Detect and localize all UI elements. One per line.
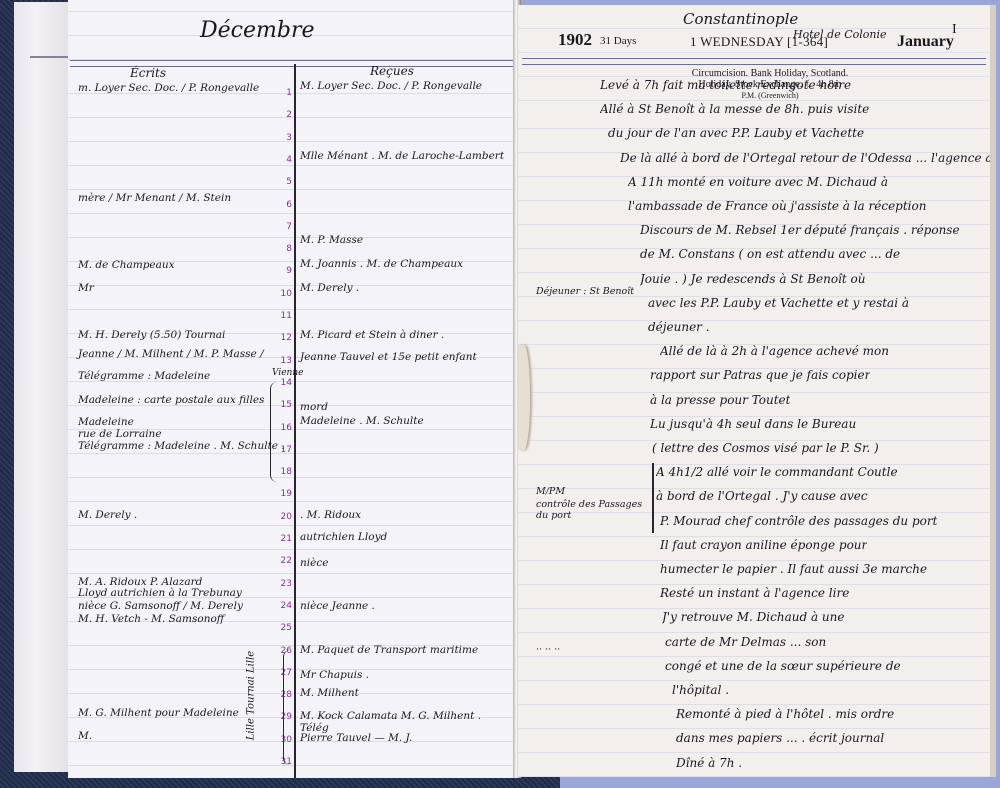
torn-edge (518, 345, 530, 450)
margin-note: contrôle des Passages (536, 499, 642, 510)
diary-line: Discours de M. Rebsel 1er député françai… (640, 223, 960, 237)
day-number: 12 (280, 333, 292, 343)
received-entry: mord (300, 401, 328, 413)
column-divider (294, 64, 296, 778)
day-number: 24 (280, 601, 292, 611)
received-entry: nièce Jeanne . (300, 600, 375, 612)
received-entry: M. Picard et Stein à diner . (300, 329, 444, 341)
diary-line: carte de Mr Delmas ... son (665, 635, 826, 649)
sent-entry: M. (78, 730, 92, 742)
sent-column-header: Écrits (130, 66, 166, 80)
received-entry: . M. Ridoux (300, 509, 361, 521)
received-column-header: Reçues (370, 64, 414, 78)
diary-line: Dîné à 7h . (676, 756, 742, 770)
received-entry: M. Joannis . M. de Champeaux (300, 258, 463, 270)
diary-line: à bord de l'Ortegal . J'y cause avec (656, 489, 868, 503)
received-entry: Mr Chapuis . (300, 669, 369, 681)
sent-entry: rue de Lorraine (78, 428, 162, 440)
sent-entry: nièce G. Samsonoff / M. Derely (78, 600, 243, 612)
diary-line: de M. Constans ( on est attendu avec ...… (640, 247, 900, 261)
sent-entry: Madeleine : carte postale aux filles (78, 394, 264, 406)
diary-line: ( lettre des Cosmos visé par le P. Sr. ) (652, 441, 879, 455)
day-heading: 1 WEDNESDAY [1-364] (690, 34, 828, 50)
diary-line: Allé de là à 2h à l'agence achevé mon (660, 344, 889, 358)
day-number: 7 (280, 222, 292, 232)
diary-line: à la presse pour Toutet (650, 393, 790, 407)
received-entry: Madeleine . M. Schulte (300, 415, 424, 427)
day-number: 14 (280, 378, 292, 388)
day-number: 8 (280, 244, 292, 254)
sent-entry: Télégramme : Madeleine (78, 370, 210, 382)
received-entry: M. Kock Calamata M. G. Milhent . (300, 710, 481, 722)
received-entry: M. P. Masse (300, 234, 363, 246)
diary-line: J'y retrouve M. Dichaud à une (662, 610, 844, 624)
sent-entry: mère / Mr Menant / M. Stein (78, 192, 231, 204)
day-number: 16 (280, 423, 292, 433)
day-number: 25 (280, 623, 292, 633)
diary-line: déjeuner . (648, 320, 710, 334)
diary-line: Lu jusqu'à 4h seul dans le Bureau (650, 417, 856, 431)
sent-entry: Télégramme : Madeleine . M. Schulte . (78, 440, 285, 452)
margin-note: ·· ·· ·· (536, 644, 560, 655)
bracket (270, 382, 277, 482)
diary-line: Resté un instant à l'agence lire (660, 586, 849, 600)
diary-line: A 11h monté en voiture avec M. Dichaud à (628, 175, 888, 189)
day-number: 23 (280, 579, 292, 589)
diary-line: l'hôpital . (672, 683, 729, 697)
year: 1902 (558, 30, 592, 50)
day-number: 4 (280, 155, 292, 165)
sent-entry: M. G. Milhent pour Madeleine (78, 707, 239, 719)
diary-line: Levé à 7h fait ma toilette redingote noi… (600, 78, 851, 92)
sent-entry: M. Derely . (78, 509, 137, 521)
day-number: 21 (280, 534, 292, 544)
received-entry: M. Loyer Sec. Doc. / P. Rongevalle (300, 80, 482, 92)
day-number: 18 (280, 467, 292, 477)
received-entry: nièce (300, 557, 328, 569)
left-page (68, 0, 516, 778)
day-number: 20 (280, 512, 292, 522)
month-label: January (897, 33, 954, 51)
diary-line: De là allé à bord de l'Ortegal retour de… (620, 151, 990, 165)
page-stack-edge (14, 2, 71, 772)
day-number: 3 (280, 133, 292, 143)
received-entry: Mlle Ménant . M. de Laroche-Lambert (300, 150, 504, 162)
day-number: 19 (280, 489, 292, 499)
diary-line: Il faut crayon aniline éponge pour (660, 538, 867, 552)
diary-line: congé et une de la sœur supérieure de (665, 659, 901, 673)
diary-line: humecter le papier . Il faut aussi 3e ma… (660, 562, 927, 576)
day-number: 9 (280, 266, 292, 276)
diary-line: avec les P.P. Lauby et Vachette et y res… (648, 296, 909, 310)
received-entry: M. Milhent (300, 687, 359, 699)
diary-line: rapport sur Patras que je fais copier (650, 368, 870, 382)
diary-line: du jour de l'an avec P.P. Lauby et Vache… (608, 126, 864, 140)
day-number: 15 (280, 400, 292, 410)
day-number: 11 (280, 311, 292, 321)
diary-line: Jouie . ) Je redescends à St Benoît où (640, 272, 865, 286)
diary-line: Remonté à pied à l'hôtel . mis ordre (676, 707, 894, 721)
diary-line: P. Mourad chef contrôle des passages du … (660, 514, 937, 528)
margin-label-lille: Lille Tournai Lille (246, 641, 257, 751)
received-entry: Jeanne Tauvel et 15e petit enfant (300, 351, 477, 363)
margin-label-vienne: Vienne (272, 368, 303, 378)
sent-entry: m. Loyer Sec. Doc. / P. Rongevalle (78, 82, 259, 94)
margin-note: Déjeuner : St Benoît (536, 286, 634, 297)
day-number: 2 (280, 110, 292, 120)
received-entry: M. Paquet de Transport maritime (300, 644, 478, 656)
sent-entry: M. H. Derely (5.50) Tournai (78, 329, 225, 341)
sent-entry: Jeanne / M. Milhent / M. P. Masse / (78, 348, 264, 360)
margin-note: du port (536, 510, 571, 521)
day-number: 5 (280, 177, 292, 187)
day-number: 13 (280, 356, 292, 366)
day-number: 22 (280, 556, 292, 566)
diary-line: A 4h1/2 allé voir le commandant Coutle (656, 465, 898, 479)
received-entry: Pierre Tauvel — M. J. (300, 732, 412, 744)
day-number: 6 (280, 200, 292, 210)
sent-entry: M. H. Vetch - M. Samsonoff (78, 613, 224, 625)
received-entry: autrichien Lloyd (300, 531, 387, 543)
sent-entry: Madeleine (78, 416, 134, 428)
sent-entry: M. de Champeaux (78, 259, 175, 271)
sent-entry: Lloyd autrichien à la Trebunay (78, 587, 242, 599)
day-number: 1 (280, 88, 292, 98)
margin-note: M/PM (536, 486, 565, 497)
received-entry: M. Derely . (300, 282, 359, 294)
bracket (283, 650, 290, 765)
diary-line: l'ambassade de France où j'assiste à la … (628, 199, 926, 213)
days-count: 31 Days (600, 35, 636, 47)
month-title: Décembre (200, 18, 314, 43)
day-number: 10 (280, 289, 292, 299)
diary-line: Allé à St Benoît à la messe de 8h. puis … (600, 102, 869, 116)
margin-bar (652, 463, 654, 533)
diary-line: dans mes papiers ... . écrit journal (676, 731, 884, 745)
sent-entry: Mr (78, 282, 94, 294)
date-header-rule (522, 58, 986, 65)
location-note: Constantinople (683, 10, 798, 28)
